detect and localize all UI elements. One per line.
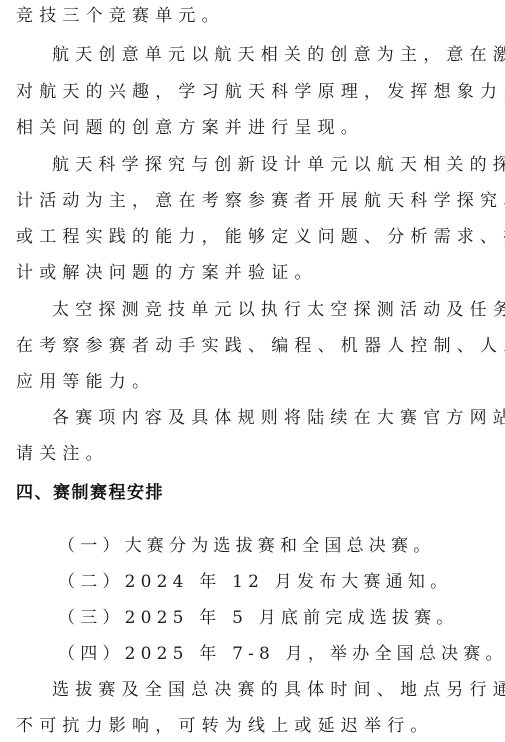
schedule-item-2: （二）2024 年 12 月发布大赛通知。 <box>58 570 452 594</box>
schedule-item-1: （一）大赛分为选拔赛和全国总决赛。 <box>58 534 435 558</box>
schedule-item-4: （四）2025 年 7-8 月，举办全国总决赛。 <box>58 642 505 666</box>
paragraph-science-unit-line-3: 或工程实践的能力，能够定义问题、分析需求、提出创新设 <box>16 225 505 249</box>
paragraph-rules-line-1: 各赛项内容及具体规则将陆续在大赛官方网站发布，敬 <box>52 406 505 430</box>
paragraph-creative-unit-line-2: 对航天的兴趣，学习航天科学原理，发挥想象力，完成航天 <box>16 80 505 104</box>
document-page: 竞技三个竞赛单元。 航天创意单元以航天相关的创意为主，意在激发参赛者 对航天的兴… <box>0 0 505 742</box>
paragraph-space-unit-line-3: 应用等能力。 <box>16 370 155 394</box>
paragraph-rules-line-2: 请关注。 <box>16 442 109 466</box>
paragraph-space-unit-line-1: 太空探测竞技单元以执行太空探测活动及任务为主，意 <box>52 298 505 322</box>
paragraph-space-unit-line-2: 在考察参赛者动手实践、编程、机器人控制、人工智能技术 <box>16 334 505 358</box>
paragraph-creative-unit-line-3: 相关问题的创意方案并进行呈现。 <box>16 116 364 140</box>
schedule-item-3: （三）2025 年 5 月底前完成选拔赛。 <box>58 606 459 630</box>
paragraph-science-unit-line-1: 航天科学探究与创新设计单元以航天相关的探究与设 <box>52 153 505 177</box>
paragraph-science-unit-line-2: 计活动为主，意在考察参赛者开展航天科学探究、产品设计 <box>16 189 505 213</box>
paragraph-creative-unit-line-1: 航天创意单元以航天相关的创意为主，意在激发参赛者 <box>52 43 505 67</box>
section-heading: 四、赛制赛程安排 <box>16 481 164 505</box>
paragraph-science-unit-line-4: 计或解决问题的方案并验证。 <box>16 261 318 285</box>
text-line: 竞技三个竞赛单元。 <box>16 4 225 28</box>
closing-paragraph-line-1: 选拔赛及全国总决赛的具体时间、地点另行通知。如遇 <box>52 678 505 702</box>
closing-paragraph-line-2: 不可抗力影响，可转为线上或延迟举行。 <box>16 714 434 738</box>
